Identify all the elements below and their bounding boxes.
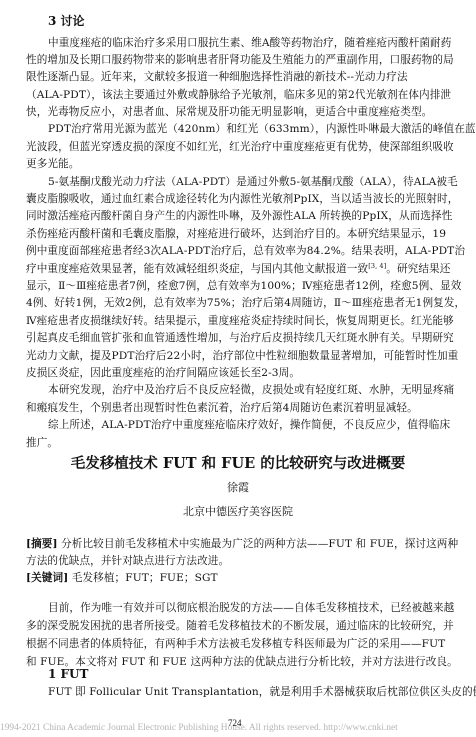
paragraph-line: 显示，Ⅱ～Ⅲ痤疮患者7例，痊愈7例，总有效率为100%；Ⅳ痤疮患者12例，痊愈5…	[26, 279, 450, 293]
intro-line: 目前，作为唯一有效并可以彻底根治脱发的方法——自体毛发移植技术，已经被越来越	[48, 601, 450, 615]
page-number: 724	[228, 718, 242, 728]
paragraph-line: 囊皮脂腺吸收，通过血红素合成途径转化为内源性光敏剂PpIX，当以适当波长的光照射…	[26, 192, 450, 206]
paragraph-line: PDT治疗常用光源为蓝光（420nm）和红光（633mm），内源性卟啉最大激活的…	[48, 122, 450, 136]
section-1-line: FUT 即 Follicular Unit Transplantation，就是…	[48, 685, 450, 699]
document-page: 3 讨论 中重度痤疮的临床治疗多采用口服抗生素、维A酸等药物治疗，随着痤疮丙酸杆…	[0, 0, 476, 737]
paragraph-line: 本研究发现，治疗中及治疗后不良反应轻微，皮损处或有轻度红斑、水肿，无明显疼痛	[48, 383, 450, 397]
article-affiliation: 北京中德医疗美容医院	[0, 505, 476, 519]
citation: [3, 4]	[368, 262, 386, 270]
keywords-value: 毛发移植；FUT；FUE；SGT	[68, 572, 217, 584]
keywords-label: [关键词]	[26, 572, 68, 584]
paragraph-line: 推广。	[26, 436, 450, 450]
abstract-label: [摘要]	[26, 538, 58, 550]
section-1-heading: 1 FUT	[48, 667, 88, 681]
section-3-heading: 3 讨论	[48, 14, 85, 28]
paragraph-line: 同时激活痤疮丙酸杆菌自身产生的内源性卟啉，及外源性ALA 所转换的PpIX，从而…	[26, 209, 450, 223]
paragraph-line: 快，光毒物反应小，对患者血、尿常规及肝功能无明显影响，更适合中重度痤疮类型。	[26, 105, 450, 119]
paragraph-line-with-citation: 疗中重度痤疮效果显著，能有效减轻组织炎症，与国内其他文献报道一致[3, 4]。研…	[26, 262, 450, 276]
article-author: 徐霞	[0, 481, 476, 495]
intro-line: 根据不同患者的体质特征，有两种手术方法被毛发移植专科医师最为广泛的采用——FUT	[26, 637, 450, 651]
abstract-line: [摘要] 分析比较目前毛发移植术中实施最为广泛的两种方法——FUT 和 FUE，…	[26, 537, 450, 551]
paragraph-line: Ⅳ痤疮患者皮损继续好转。结果提示，重度痤疮炎症持续时间长，恢复周期更长。红光能够	[26, 314, 450, 328]
intro-line: 多的深受脱发困扰的患者所接受。随着毛发移植技术的不断发展，通过临床的比较研究，并	[26, 619, 450, 633]
paragraph-line: 5-氨基酮戊酸光动力疗法（ALA-PDT）是通过外敷5-氨基酮戊酸（ALA），待…	[48, 175, 450, 189]
paragraph-line: （ALA-PDT），该法主要通过外敷或静脉给予光敏剂，临床多见的第2代光敏剂在体…	[26, 88, 450, 102]
paragraph-line: 和瘢痕发生，个别患者出现暂时性色素沉着，治疗后第4周随访色素沉着明显减轻。	[26, 401, 450, 415]
intro-line: 和 FUE。本文将对 FUT 和 FUE 这两种方法的优缺点进行分析比较，并对方…	[26, 655, 450, 669]
paragraph-line: 皮损区炎症，因此重度痤疮的治疗间隔应该延长至2-3周。	[26, 366, 450, 380]
abstract-line: 方法的优缺点，并针对缺点进行方法改进。	[26, 554, 450, 568]
paragraph-line: 更多光能。	[26, 157, 450, 171]
paragraph-line: 综上所述，ALA-PDT治疗中重度痤疮临床疗效好，操作简便，不良反应少，值得临床	[48, 418, 450, 432]
keywords-line: [关键词] 毛发移植；FUT；FUE；SGT	[26, 571, 450, 585]
paragraph-line: 杀伤痤疮丙酸杆菌和毛囊皮脂腺，对痤疮进行破坏，达到治疗目的。本研究结果显示，19	[26, 227, 450, 241]
paragraph-line: 光动力文献，提及PDT治疗后22小时，治疗部位中性粒细胞数量显著增加，可能暂时性…	[26, 349, 450, 363]
paragraph-line: 例中重度面部痤疮患者经3次ALA-PDT治疗后，总有效率为84.2%。结果表明，…	[26, 244, 450, 258]
paragraph-line: 引起真皮毛细血管扩张和血管通透性增加，与治疗后皮损持续几天红斑水肿有关。早期研究	[26, 331, 450, 345]
paragraph-line: 中重度痤疮的临床治疗多采用口服抗生素、维A酸等药物治疗，随着痤疮丙酸杆菌耐药	[48, 36, 450, 50]
paragraph-line: 4例、好转1例，无效2例，总有效率为75%；治疗后第4周随访，Ⅱ～Ⅲ痤疮患者无1…	[26, 296, 450, 310]
article-title: 毛发移植技术 FUT 和 FUE 的比较研究与改进概要	[0, 455, 476, 473]
paragraph-line: 限性逐渐凸显。近年来，文献较多报道一种细胞选择性消融的新技术--光动力疗法	[26, 70, 450, 84]
paragraph-line: 光波段，但蓝光穿透皮损的深度不如红光，红光治疗中重度痤疮更有优势，使深部组织吸收	[26, 140, 450, 154]
paragraph-line: 性的增加及长期口服药物带来的影响患者肝肾功能及生殖能力的严重副作用，口服药物的局	[26, 53, 450, 67]
